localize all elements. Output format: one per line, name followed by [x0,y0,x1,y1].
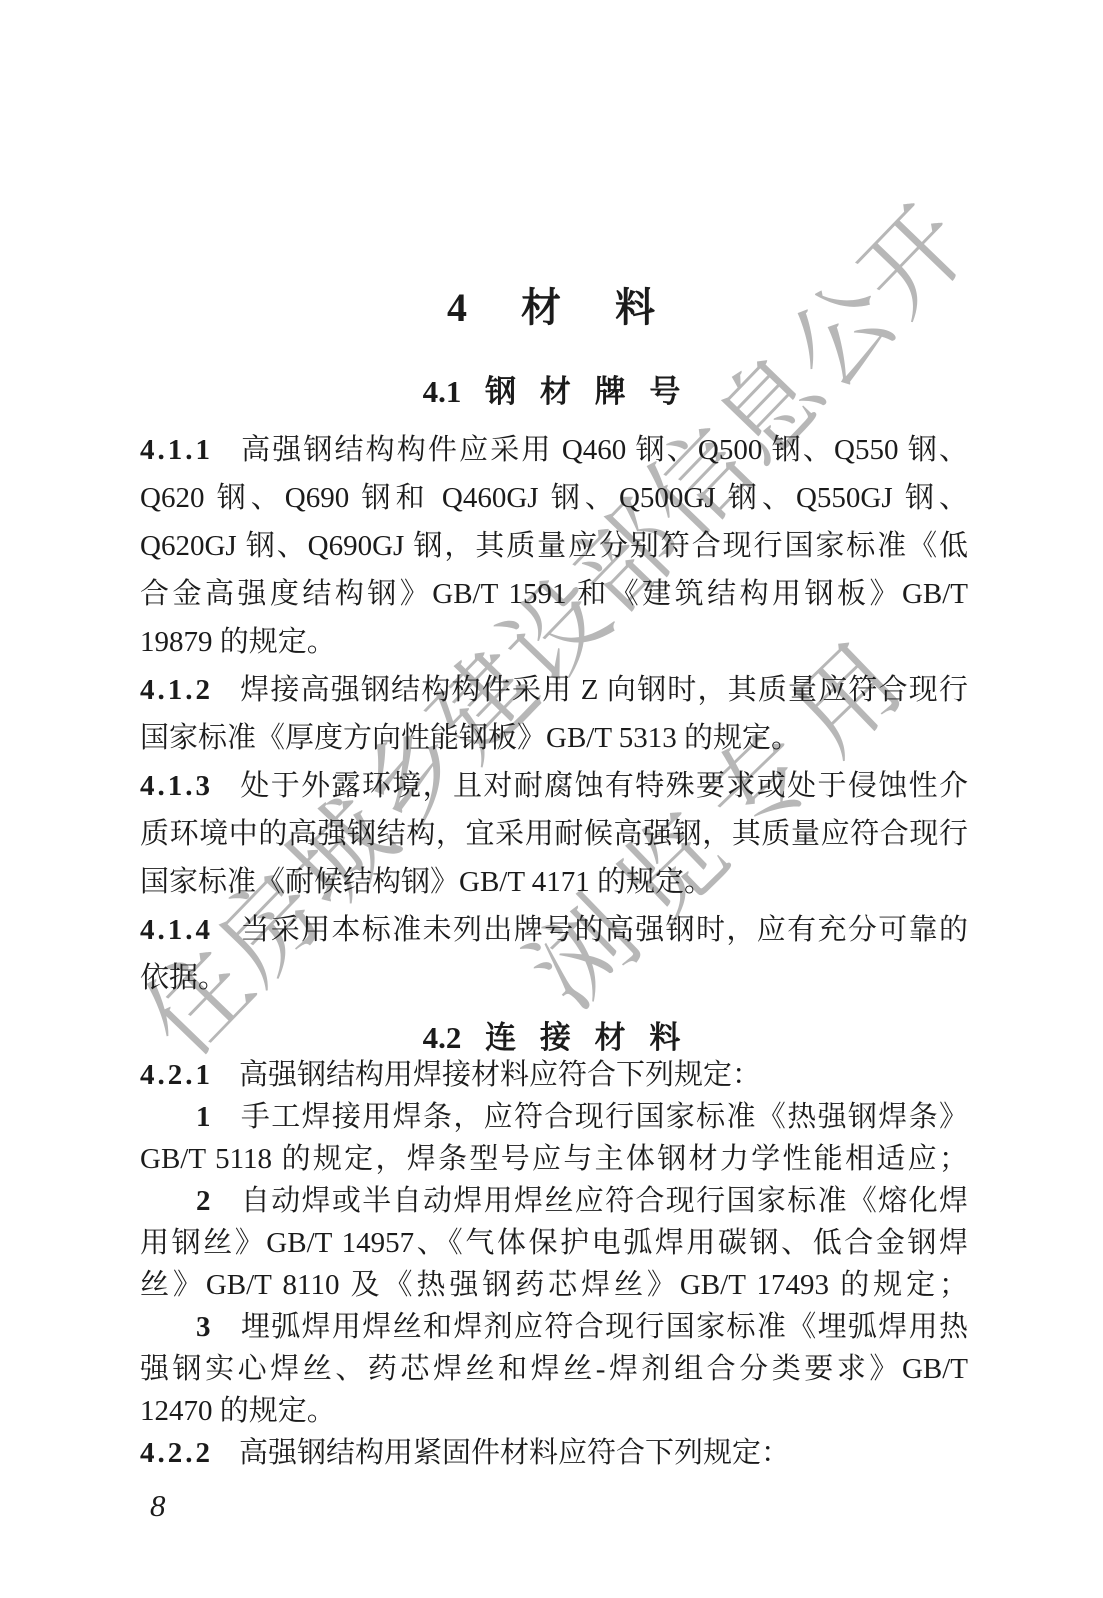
item-number: 1 [196,1101,214,1133]
line-text: 合金高强度结构钢》GB/T 1591 和《建筑结构用钢板》GB/T [140,578,968,610]
body-line: 质环境中的高强钢结构，宜采用耐候高强钢，其质量应符合现行 [140,810,968,858]
line-text: 高强钢结构用焊接材料应符合下列规定： [239,1059,761,1091]
line-text: 依据。 [140,962,227,994]
clause-number: 4.1.3 [140,770,213,802]
section-4-2-body: 4.2.1高强钢结构用焊接材料应符合下列规定： 1手工焊接用焊条，应符合现行国家… [140,1054,968,1474]
line-text: 当采用本标准未列出牌号的高强钢时，应有充分可靠的 [239,914,968,946]
line-text: Q620GJ 钢、Q690GJ 钢，其质量应分别符合现行国家标准《低 [140,530,968,562]
body-line: Q620GJ 钢、Q690GJ 钢，其质量应分别符合现行国家标准《低 [140,522,968,570]
body-line: 合金高强度结构钢》GB/T 1591 和《建筑结构用钢板》GB/T [140,570,968,618]
body-line: 12470 的规定。 [140,1390,968,1432]
line-text: 高强钢结构用紧固件材料应符合下列规定： [239,1437,790,1469]
section-heading-4-1: 4.1 钢 材 牌 号 [0,366,1103,411]
line-text: 自动焊或半自动焊用焊丝应符合现行国家标准《熔化焊 [240,1185,969,1217]
line-text: 国家标准《耐候结构钢》GB/T 4171 的规定。 [140,866,713,898]
body-line: 4.1.1高强钢结构构件应采用 Q460 钢、Q500 钢、Q550 钢、 [140,426,968,474]
body-line: 用钢丝》GB/T 14957、《气体保护电弧焊用碳钢、低合金钢焊 [140,1222,968,1264]
body-line: 国家标准《厚度方向性能钢板》GB/T 5313 的规定。 [140,714,968,762]
line-text: 处于外露环境，且对耐腐蚀有特殊要求或处于侵蚀性介 [239,770,968,802]
body-line: 强钢实心焊丝、药芯焊丝和焊丝-焊剂组合分类要求》GB/T [140,1348,968,1390]
clause-number: 4.2.2 [140,1437,213,1469]
line-text: 国家标准《厚度方向性能钢板》GB/T 5313 的规定。 [140,722,800,754]
line-text: 强钢实心焊丝、药芯焊丝和焊丝-焊剂组合分类要求》GB/T [140,1353,968,1385]
page-number: 8 [150,1488,166,1524]
body-line: 4.1.3处于外露环境，且对耐腐蚀有特殊要求或处于侵蚀性介 [140,762,968,810]
line-text: 丝》GB/T 8110 及《热强钢药芯焊丝》GB/T 17493 的规定； [140,1269,968,1301]
item-number: 2 [196,1185,214,1217]
line-text: 焊接高强钢结构构件采用 Z 向钢时，其质量应符合现行 [239,674,968,706]
body-line: 国家标准《耐候结构钢》GB/T 4171 的规定。 [140,858,968,906]
line-text: 用钢丝》GB/T 14957、《气体保护电弧焊用碳钢、低合金钢焊 [140,1227,968,1259]
line-text: 高强钢结构构件应采用 Q460 钢、Q500 钢、Q550 钢、 [239,434,968,466]
line-text: 19879 的规定。 [140,626,336,658]
body-line: 4.1.4当采用本标准未列出牌号的高强钢时，应有充分可靠的 [140,906,968,954]
body-line: 4.1.2焊接高强钢结构构件采用 Z 向钢时，其质量应符合现行 [140,666,968,714]
body-line: GB/T 5118 的规定，焊条型号应与主体钢材力学性能相适应； [140,1138,968,1180]
chapter-heading: 4 材 料 [0,276,1103,333]
section-heading-4-2: 4.2 连 接 材 料 [0,1012,1103,1057]
line-text: Q620 钢、Q690 钢和 Q460GJ 钢、Q500GJ 钢、Q550GJ … [140,482,968,514]
body-line: 1手工焊接用焊条，应符合现行国家标准《热强钢焊条》 [140,1096,968,1138]
clause-number: 4.1.4 [140,914,213,946]
body-line: 4.2.1高强钢结构用焊接材料应符合下列规定： [140,1054,968,1096]
clause-number: 4.1.1 [140,434,213,466]
line-text: 质环境中的高强钢结构，宜采用耐候高强钢，其质量应符合现行 [140,818,968,850]
body-line: 丝》GB/T 8110 及《热强钢药芯焊丝》GB/T 17493 的规定； [140,1264,968,1306]
body-line: 3埋弧焊用焊丝和焊剂应符合现行国家标准《埋弧焊用热 [140,1306,968,1348]
body-line: 依据。 [140,954,968,1002]
line-text: 手工焊接用焊条，应符合现行国家标准《热强钢焊条》 [240,1101,969,1133]
clause-number: 4.2.1 [140,1059,213,1091]
section-4-1-body: 4.1.1高强钢结构构件应采用 Q460 钢、Q500 钢、Q550 钢、 Q6… [140,426,968,1002]
document-page: 住房城乡建设部信息公开 浏览专用 4 材 料 4.1 钢 材 牌 号 4.1.1… [0,0,1103,1598]
body-line: Q620 钢、Q690 钢和 Q460GJ 钢、Q500GJ 钢、Q550GJ … [140,474,968,522]
clause-number: 4.1.2 [140,674,213,706]
body-line: 4.2.2高强钢结构用紧固件材料应符合下列规定： [140,1432,968,1474]
line-text: GB/T 5118 的规定，焊条型号应与主体钢材力学性能相适应； [140,1143,968,1175]
line-text: 12470 的规定。 [140,1395,336,1427]
body-line: 2自动焊或半自动焊用焊丝应符合现行国家标准《熔化焊 [140,1180,968,1222]
item-number: 3 [196,1311,214,1343]
line-text: 埋弧焊用焊丝和焊剂应符合现行国家标准《埋弧焊用热 [240,1311,969,1343]
body-line: 19879 的规定。 [140,618,968,666]
